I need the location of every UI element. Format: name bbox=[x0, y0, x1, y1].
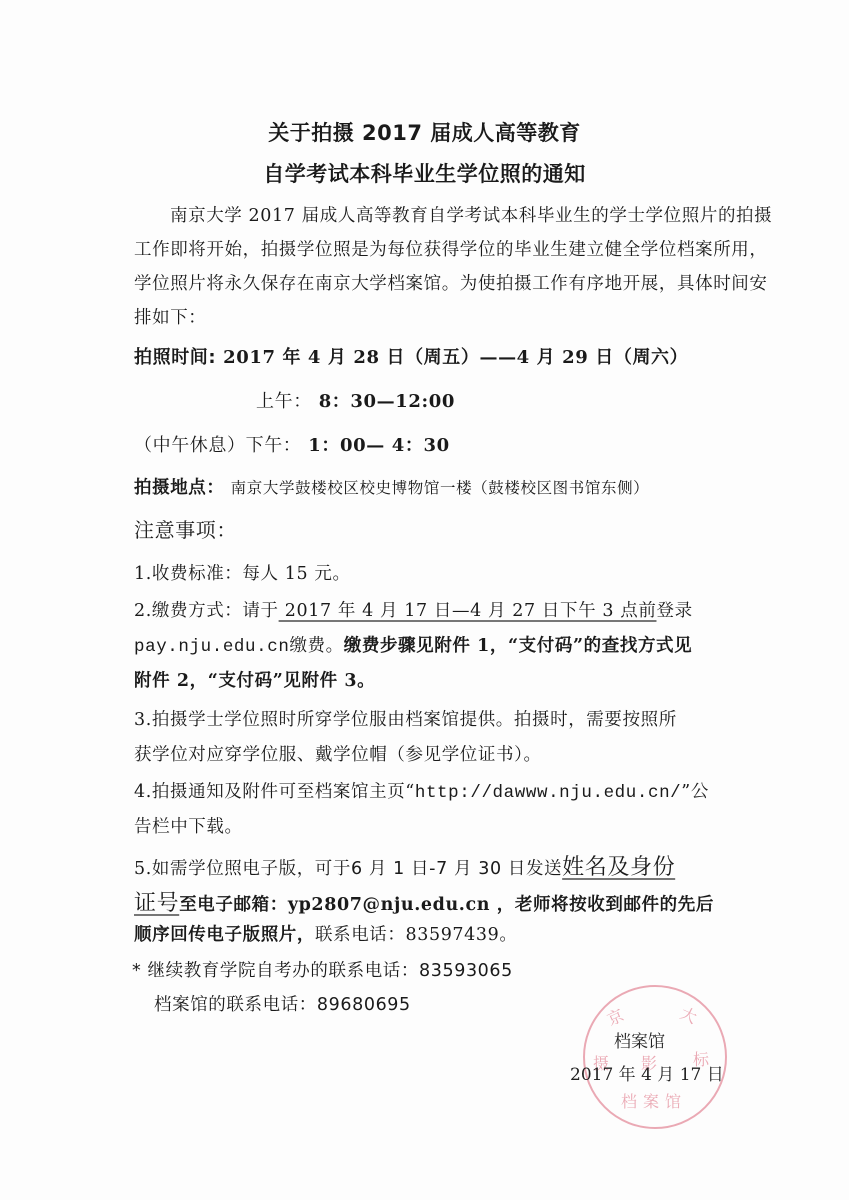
schedule-afternoon: （中午休息）下午： 1：00— 4：30 bbox=[134, 431, 450, 457]
document-page: 关于拍摄 2017 届成人高等教育 自学考试本科毕业生学位照的通知 南京大学 2… bbox=[0, 0, 849, 1200]
note-5-phone: 联系电话：83597439。 bbox=[315, 925, 517, 945]
note-2-steps: 缴费步骤见附件 1，“支付码”的查找方式见 bbox=[344, 636, 693, 656]
signature-org: 档案馆 bbox=[614, 1027, 665, 1052]
note-2-line3: 附件 2，“支付码”见附件 3。 bbox=[134, 667, 375, 692]
note-1: 1.收费标准：每人 15 元。 bbox=[134, 560, 351, 585]
note-3-line2: 获学位对应穿学位服、戴学位帽（参见学位证书）。 bbox=[134, 741, 542, 766]
note-4-prefix: 4.拍摄通知及附件可至档案馆主页“ bbox=[134, 782, 415, 802]
morning-label: 上午： bbox=[256, 391, 312, 412]
note-5-email-label: 至电子邮箱： bbox=[179, 895, 288, 915]
schedule-time-label: 拍照时间: bbox=[134, 347, 216, 368]
note-5-reply-text: ，老师将按收到邮件的先后 bbox=[490, 895, 714, 915]
note-5-line1: 5.如需学位照电子版，可于6 月 1 日-7 月 30 日发送姓名及身份 bbox=[134, 850, 675, 881]
note-5-prefix: 5.如需学位照电子版，可于 bbox=[134, 859, 351, 879]
official-seal-stamp: 京 大 摄 影 标 档案馆 bbox=[583, 985, 727, 1129]
note-2-line2: pay.nju.edu.cn缴费。缴费步骤见附件 1，“支付码”的查找方式见 bbox=[134, 632, 692, 657]
notes-heading: 注意事项： bbox=[134, 514, 237, 543]
intro-line-1: 南京大学 2017 届成人高等教育自学考试本科毕业生的学士学位照片的拍摄 bbox=[170, 202, 772, 227]
signature-date: 2017 年 4 月 17 日 bbox=[570, 1060, 724, 1085]
note-5-return-text: 顺序回传电子版照片， bbox=[134, 925, 315, 945]
note-4-line1: 4.拍摄通知及附件可至档案馆主页“http://dawww.nju.edu.cn… bbox=[134, 778, 709, 803]
schedule-morning: 上午： 8：30—12:00 bbox=[256, 387, 455, 413]
note-2-deadline: 2017 年 4 月 17 日—4 月 27 日下午 3 点前 bbox=[279, 601, 657, 621]
schedule-time: 拍照时间: 2017 年 4 月 28 日（周五）——4 月 29 日（周六） bbox=[134, 343, 688, 369]
intro-line-2: 工作即将开始，拍摄学位照是为每位获得学位的毕业生建立健全学位档案所用， bbox=[134, 236, 768, 261]
note-5-line3: 顺序回传电子版照片，联系电话：83597439。 bbox=[134, 921, 517, 946]
break-label: （中午休息）下午： bbox=[134, 435, 301, 456]
intro-line-3: 学位照片将永久保存在南京大学档案馆。为使拍摄工作有序地开展，具体时间安 bbox=[134, 270, 768, 295]
contact-line-2: 档案馆的联系电话：89680695 bbox=[154, 991, 411, 1016]
stamp-bottom-text: 档案馆 bbox=[621, 1089, 687, 1112]
stamp-char: 大 bbox=[677, 1001, 701, 1029]
location-value: 南京大学鼓楼校区校史博物馆一楼（鼓楼校区图书馆东侧） bbox=[231, 479, 650, 497]
note-2-suffix: 登录 bbox=[656, 601, 692, 621]
note-2-pay-text: 缴费。 bbox=[289, 636, 343, 656]
morning-value: 8：30—12:00 bbox=[319, 391, 455, 412]
note-5-dates: 6 月 1 日-7 月 30 日发送 bbox=[351, 859, 562, 879]
note-5-name-id-a: 姓名及身份 bbox=[562, 855, 675, 880]
contact-email[interactable]: yp2807@nju.edu.cn bbox=[288, 895, 490, 915]
schedule-time-value: 2017 年 4 月 28 日（周五）——4 月 29 日（周六） bbox=[223, 347, 688, 368]
note-5-name-id-b: 证号 bbox=[134, 891, 179, 916]
note-4-suffix: ”公 bbox=[681, 782, 709, 802]
document-title-line1: 关于拍摄 2017 届成人高等教育 bbox=[0, 117, 849, 147]
note-2-line1: 2.缴费方式：请于 2017 年 4 月 17 日—4 月 27 日下午 3 点… bbox=[134, 597, 693, 622]
note-2-prefix: 2.缴费方式：请于 bbox=[134, 601, 279, 621]
document-title-line2: 自学考试本科毕业生学位照的通知 bbox=[0, 158, 849, 188]
contact-line-1: * 继续教育学院自考办的联系电话：83593065 bbox=[132, 957, 513, 982]
note-4-line2: 告栏中下载。 bbox=[134, 813, 243, 838]
note-5-line2: 证号至电子邮箱：yp2807@nju.edu.cn ，老师将按收到邮件的先后 bbox=[134, 886, 714, 917]
archive-url[interactable]: http://dawww.nju.edu.cn/ bbox=[415, 783, 681, 803]
afternoon-value: 1：00— 4：30 bbox=[308, 435, 449, 456]
note-3-line1: 3.拍摄学士学位照时所穿学位服由档案馆提供。拍摄时，需要按照所 bbox=[134, 706, 677, 731]
schedule-location: 拍摄地点： 南京大学鼓楼校区校史博物馆一楼（鼓楼校区图书馆东侧） bbox=[134, 474, 649, 499]
intro-line-4: 排如下： bbox=[134, 304, 206, 329]
pay-url[interactable]: pay.nju.edu.cn bbox=[134, 637, 289, 657]
location-label: 拍摄地点： bbox=[134, 478, 225, 498]
